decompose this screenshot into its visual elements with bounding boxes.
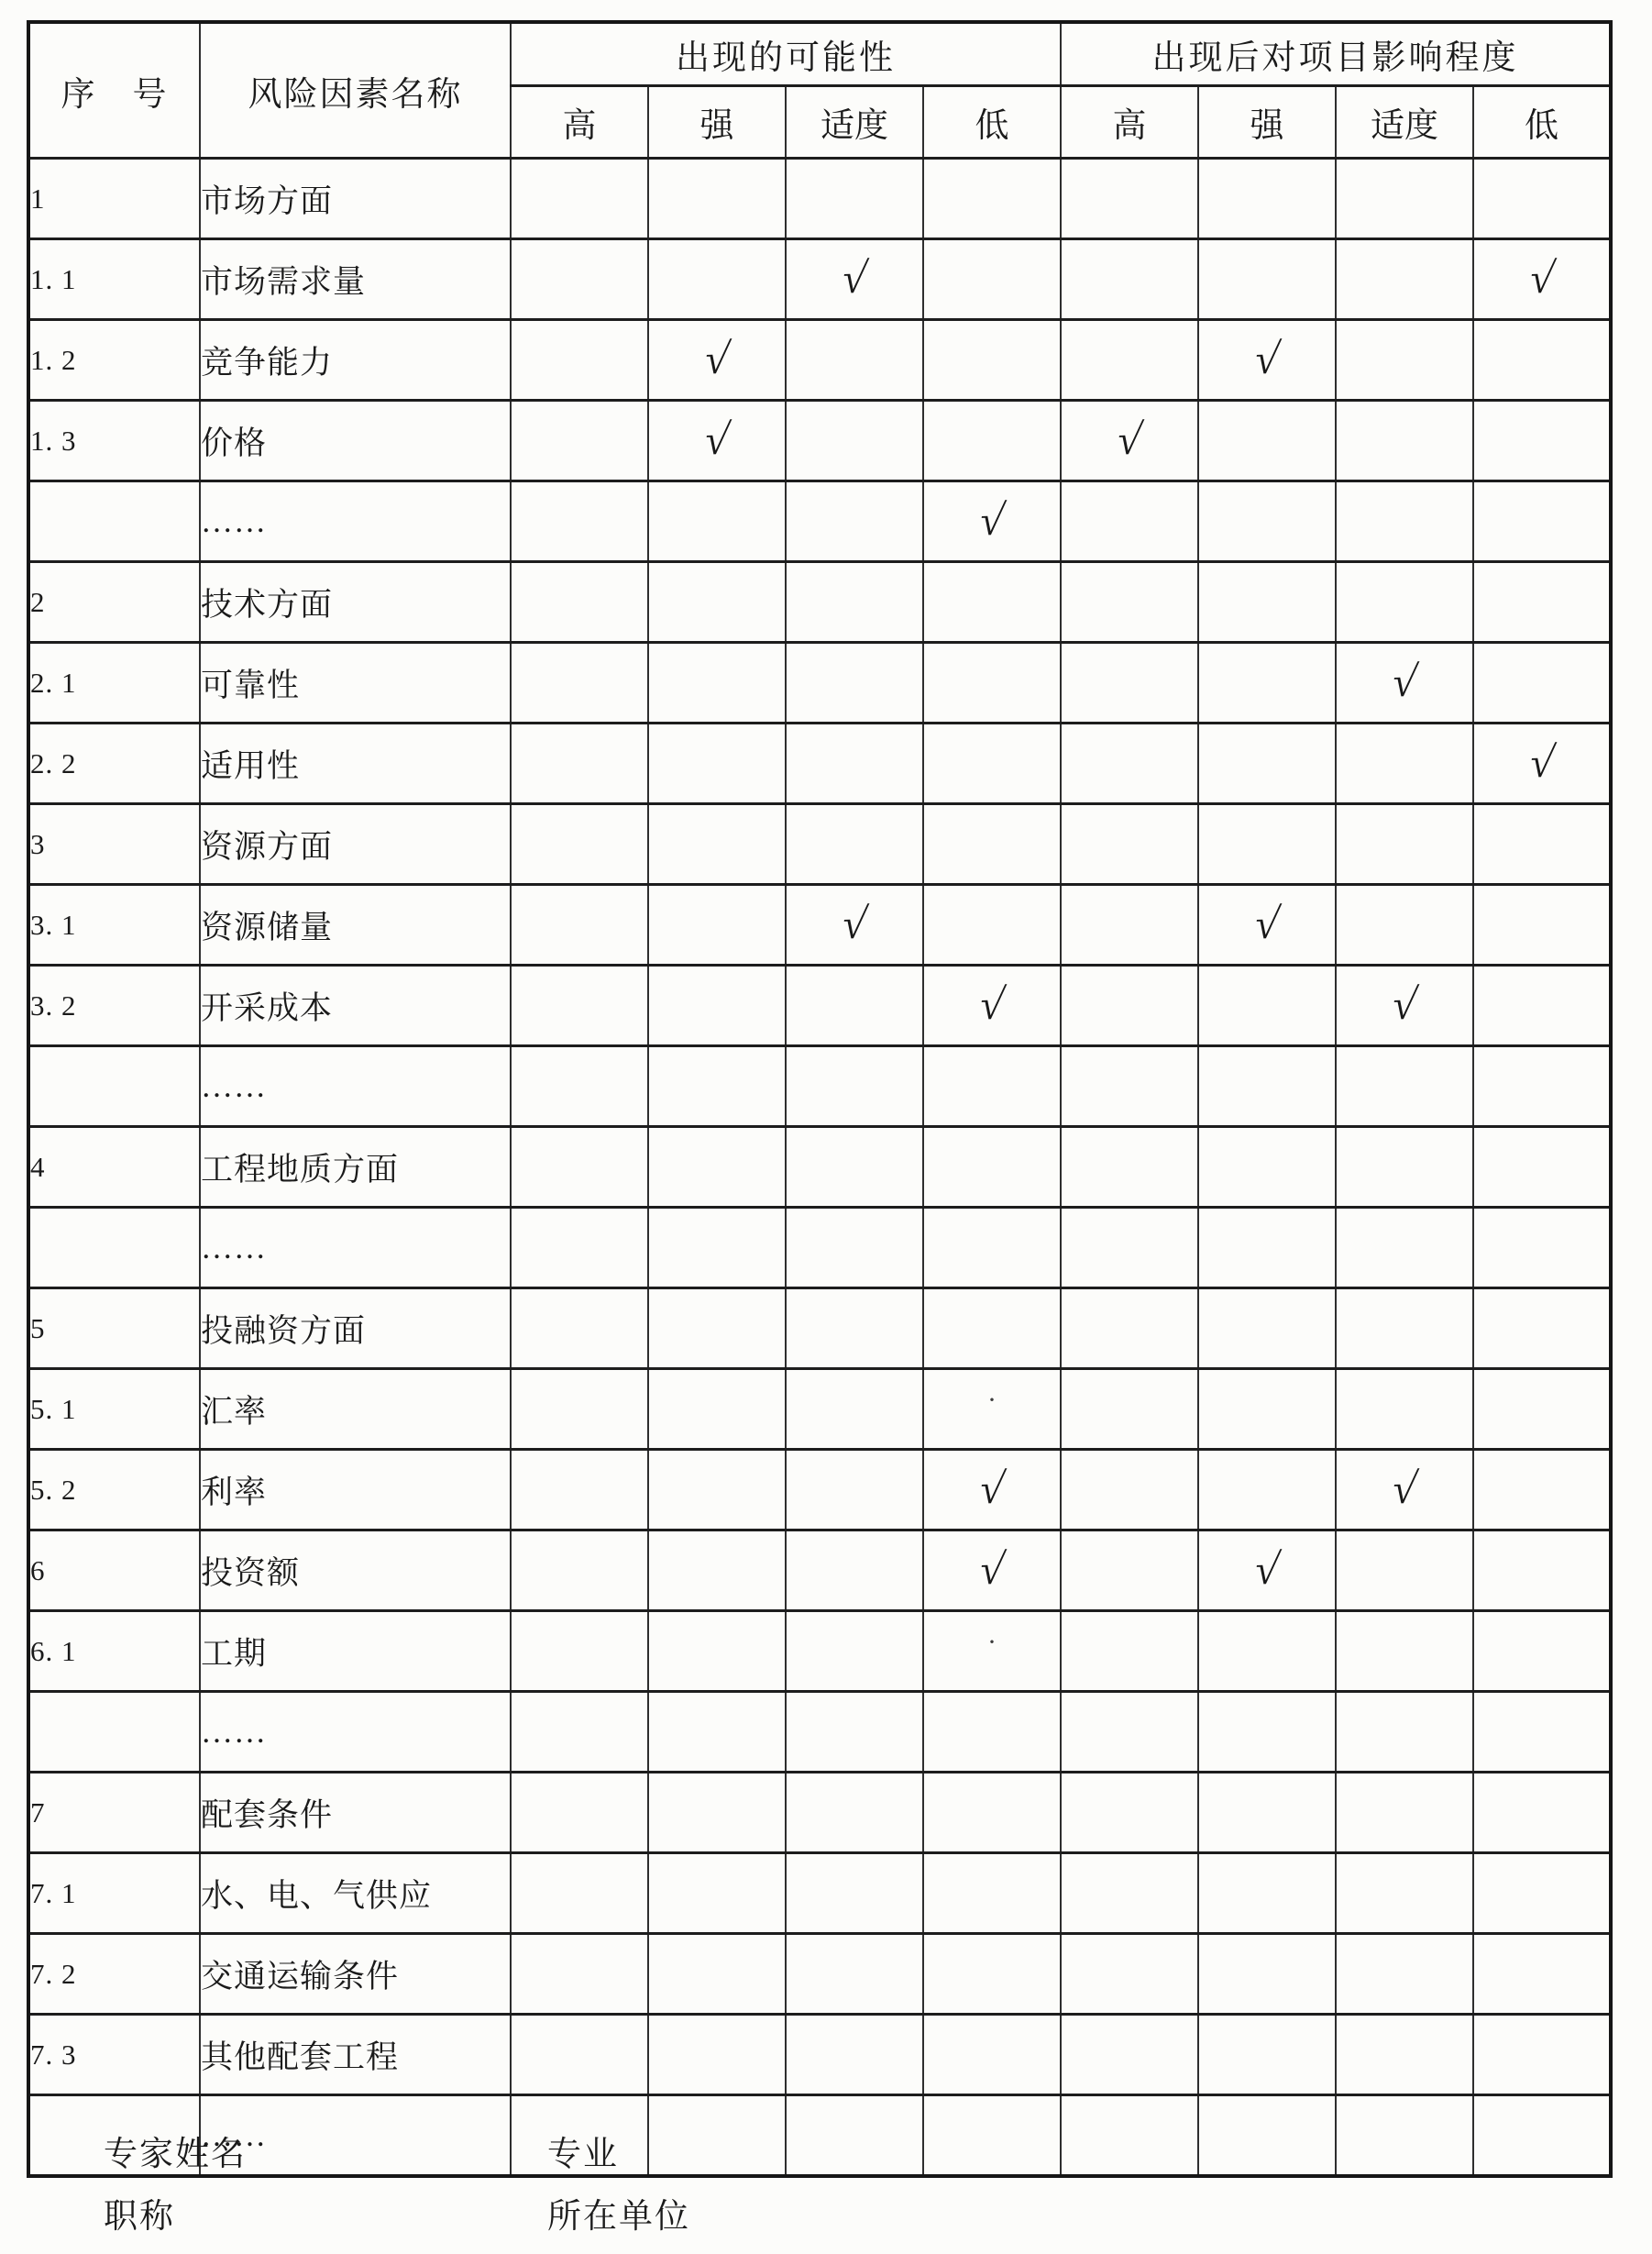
risk-factor-name: 投融资方面	[200, 1288, 511, 1369]
empty-cell	[1198, 562, 1336, 643]
empty-cell	[648, 1692, 786, 1773]
empty-cell	[1198, 2015, 1336, 2095]
header-group-row: 序 号 风险因素名称 出现的可能性 出现后对项目影响程度	[28, 22, 1611, 86]
empty-cell	[1198, 724, 1336, 804]
empty-cell	[1336, 1208, 1473, 1288]
table-row: 3. 1资源储量√√	[28, 885, 1611, 966]
empty-cell	[648, 804, 786, 885]
risk-factor-table: 序 号 风险因素名称 出现的可能性 出现后对项目影响程度 高 强 适度 低 高 …	[27, 20, 1613, 2178]
major-label: 专业	[547, 2126, 619, 2175]
empty-cell	[648, 481, 786, 562]
header-group-impact: 出现后对项目影响程度	[1061, 22, 1611, 86]
empty-cell	[1061, 1288, 1198, 1369]
check-cell: √	[923, 1530, 1061, 1611]
row-serial-number: 3	[28, 804, 200, 885]
table-row: ……	[28, 1046, 1611, 1127]
empty-cell	[511, 885, 648, 966]
check-mark-icon: √	[839, 257, 870, 301]
empty-cell	[648, 1127, 786, 1208]
empty-cell	[1198, 966, 1336, 1046]
check-cell: √	[923, 966, 1061, 1046]
check-cell: √	[1198, 1530, 1336, 1611]
risk-factor-name: 水、电、气供应	[200, 1853, 511, 1934]
empty-cell	[786, 562, 923, 643]
empty-cell	[1198, 1853, 1336, 1934]
table-header: 序 号 风险因素名称 出现的可能性 出现后对项目影响程度 高 强 适度 低 高 …	[28, 22, 1611, 159]
risk-factor-name: ……	[200, 1046, 511, 1127]
table-row: 4工程地质方面	[28, 1127, 1611, 1208]
empty-cell	[1198, 1288, 1336, 1369]
empty-cell	[1473, 401, 1611, 481]
empty-cell	[1198, 481, 1336, 562]
empty-cell	[511, 320, 648, 401]
empty-cell	[511, 401, 648, 481]
empty-cell	[786, 1288, 923, 1369]
empty-cell	[1061, 804, 1198, 885]
empty-cell	[923, 643, 1061, 724]
header-impact-low: 低	[1473, 86, 1611, 159]
empty-cell	[1336, 2015, 1473, 2095]
empty-cell	[648, 1611, 786, 1692]
empty-cell	[1473, 1288, 1611, 1369]
row-serial-number	[28, 1046, 200, 1127]
check-mark-icon: √	[1251, 1548, 1283, 1592]
empty-cell	[1336, 1127, 1473, 1208]
check-cell: √	[1473, 239, 1611, 320]
empty-cell	[1473, 1611, 1611, 1692]
empty-cell	[648, 1208, 786, 1288]
empty-cell	[511, 1288, 648, 1369]
risk-factor-name: 价格	[200, 401, 511, 481]
empty-cell	[511, 1934, 648, 2015]
empty-cell	[923, 2015, 1061, 2095]
row-serial-number	[28, 1208, 200, 1288]
empty-cell	[1061, 643, 1198, 724]
empty-cell	[786, 1450, 923, 1530]
empty-cell	[1336, 1369, 1473, 1450]
footer-line-1: 专家姓名 专业	[0, 2126, 1652, 2166]
risk-factor-name: 汇率	[200, 1369, 511, 1450]
empty-cell	[1061, 481, 1198, 562]
row-serial-number: 6	[28, 1530, 200, 1611]
empty-cell	[1336, 320, 1473, 401]
empty-cell	[786, 966, 923, 1046]
empty-cell	[1473, 804, 1611, 885]
empty-cell	[1061, 562, 1198, 643]
empty-cell	[786, 1046, 923, 1127]
empty-cell	[1061, 1530, 1198, 1611]
table-row: 5. 1汇率·	[28, 1369, 1611, 1450]
empty-cell	[923, 804, 1061, 885]
check-cell: √	[923, 481, 1061, 562]
empty-cell: ·	[923, 1369, 1061, 1450]
empty-cell	[1473, 1692, 1611, 1773]
empty-cell	[1061, 1934, 1198, 2015]
empty-cell	[1336, 1853, 1473, 1934]
empty-cell	[1061, 1369, 1198, 1450]
empty-cell	[786, 1369, 923, 1450]
empty-cell	[648, 1046, 786, 1127]
empty-cell	[1473, 481, 1611, 562]
check-cell: √	[1198, 320, 1336, 401]
empty-cell	[1336, 724, 1473, 804]
risk-factor-name: 利率	[200, 1450, 511, 1530]
row-serial-number: 1	[28, 159, 200, 239]
risk-factor-name: 投资额	[200, 1530, 511, 1611]
empty-cell	[923, 885, 1061, 966]
empty-cell	[1198, 1773, 1336, 1853]
check-cell: √	[648, 320, 786, 401]
empty-cell	[786, 1773, 923, 1853]
empty-cell	[1336, 562, 1473, 643]
empty-cell	[1336, 885, 1473, 966]
empty-cell	[1336, 1692, 1473, 1773]
empty-cell	[511, 562, 648, 643]
risk-factor-name: 可靠性	[200, 643, 511, 724]
empty-cell	[511, 724, 648, 804]
row-serial-number: 2	[28, 562, 200, 643]
check-mark-icon: √	[1526, 741, 1558, 785]
table-row: ……	[28, 1692, 1611, 1773]
risk-factor-name: 市场方面	[200, 159, 511, 239]
empty-cell	[1061, 966, 1198, 1046]
empty-cell	[511, 1450, 648, 1530]
row-serial-number: 1. 3	[28, 401, 200, 481]
check-mark-icon: √	[976, 983, 1008, 1027]
header-possibility-high: 高	[511, 86, 648, 159]
empty-cell	[1061, 1611, 1198, 1692]
empty-cell	[1198, 643, 1336, 724]
header-serial-number: 序 号	[28, 22, 200, 159]
empty-cell	[648, 1530, 786, 1611]
empty-cell	[648, 1450, 786, 1530]
empty-cell	[1061, 724, 1198, 804]
row-serial-number: 2. 2	[28, 724, 200, 804]
check-cell: √	[1061, 401, 1198, 481]
row-serial-number: 5. 1	[28, 1369, 200, 1450]
check-mark-icon: √	[1389, 660, 1420, 704]
empty-cell	[648, 2015, 786, 2095]
empty-cell	[511, 1853, 648, 1934]
empty-cell	[923, 1288, 1061, 1369]
check-mark-icon: √	[976, 1548, 1008, 1592]
empty-cell	[1061, 1127, 1198, 1208]
risk-factor-name: 其他配套工程	[200, 2015, 511, 2095]
empty-cell	[511, 1046, 648, 1127]
empty-cell: ·	[923, 1611, 1061, 1692]
empty-cell	[648, 885, 786, 966]
empty-cell	[1198, 1127, 1336, 1208]
empty-cell	[786, 159, 923, 239]
empty-cell	[1061, 159, 1198, 239]
check-mark-icon: √	[839, 902, 870, 946]
empty-cell	[1061, 1450, 1198, 1530]
empty-cell	[1473, 1530, 1611, 1611]
table-row: 1市场方面	[28, 159, 1611, 239]
check-mark-icon: √	[1251, 902, 1283, 946]
empty-cell	[786, 1692, 923, 1773]
row-serial-number: 3. 1	[28, 885, 200, 966]
table-row: 5投融资方面	[28, 1288, 1611, 1369]
check-mark-icon: √	[1526, 257, 1558, 301]
empty-cell	[1336, 1046, 1473, 1127]
empty-cell	[1061, 1046, 1198, 1127]
table-row: 3. 2开采成本√√	[28, 966, 1611, 1046]
empty-cell	[648, 1288, 786, 1369]
empty-cell	[1061, 320, 1198, 401]
empty-cell	[786, 1853, 923, 1934]
empty-cell	[1198, 1692, 1336, 1773]
header-possibility-low: 低	[923, 86, 1061, 159]
empty-cell	[1473, 1934, 1611, 2015]
empty-cell	[786, 401, 923, 481]
empty-cell	[1336, 804, 1473, 885]
empty-cell	[1473, 643, 1611, 724]
check-cell: √	[648, 401, 786, 481]
table-row: 2. 1可靠性√	[28, 643, 1611, 724]
header-risk-factor-name: 风险因素名称	[200, 22, 511, 159]
empty-cell	[923, 724, 1061, 804]
risk-table-body: 1市场方面1. 1市场需求量√√1. 2竞争能力√√1. 3价格√√……√2技术…	[28, 159, 1611, 2177]
table-row: 1. 1市场需求量√√	[28, 239, 1611, 320]
check-mark-icon: √	[976, 1467, 1008, 1511]
empty-cell	[1061, 1692, 1198, 1773]
empty-cell	[511, 1530, 648, 1611]
empty-cell	[511, 643, 648, 724]
empty-cell	[1061, 1773, 1198, 1853]
empty-cell	[511, 1611, 648, 1692]
empty-cell	[923, 1046, 1061, 1127]
risk-factor-name: 竞争能力	[200, 320, 511, 401]
empty-cell	[923, 159, 1061, 239]
check-mark-icon: √	[976, 499, 1008, 543]
empty-cell	[1061, 1208, 1198, 1288]
check-mark-icon: √	[1251, 337, 1283, 381]
row-serial-number: 1. 2	[28, 320, 200, 401]
empty-cell	[923, 239, 1061, 320]
table-row: 1. 2竞争能力√√	[28, 320, 1611, 401]
empty-cell	[511, 481, 648, 562]
empty-cell	[1473, 885, 1611, 966]
check-cell: √	[923, 1450, 1061, 1530]
risk-factor-name: 资源储量	[200, 885, 511, 966]
empty-cell	[1198, 159, 1336, 239]
empty-cell	[1336, 1288, 1473, 1369]
empty-cell	[511, 1127, 648, 1208]
organization-label: 所在单位	[547, 2188, 690, 2237]
check-mark-icon: √	[701, 418, 732, 462]
header-group-possibility: 出现的可能性	[511, 22, 1061, 86]
risk-factor-name: 配套条件	[200, 1773, 511, 1853]
risk-factor-name: 交通运输条件	[200, 1934, 511, 2015]
row-serial-number	[28, 481, 200, 562]
empty-cell	[786, 643, 923, 724]
check-cell: √	[786, 885, 923, 966]
empty-cell	[923, 1934, 1061, 2015]
table-row: 7. 2交通运输条件	[28, 1934, 1611, 2015]
empty-cell	[1473, 562, 1611, 643]
empty-cell	[1198, 1611, 1336, 1692]
empty-cell	[1061, 1853, 1198, 1934]
empty-cell	[1061, 239, 1198, 320]
header-possibility-moderate: 适度	[786, 86, 923, 159]
header-impact-moderate: 适度	[1336, 86, 1473, 159]
empty-cell	[1473, 1450, 1611, 1530]
check-cell: √	[1473, 724, 1611, 804]
empty-cell	[923, 1692, 1061, 1773]
check-cell: √	[1336, 643, 1473, 724]
check-mark-icon: √	[1389, 1467, 1420, 1511]
row-serial-number: 7	[28, 1773, 200, 1853]
empty-cell	[1198, 1208, 1336, 1288]
empty-cell	[1198, 239, 1336, 320]
table-row: 2技术方面	[28, 562, 1611, 643]
empty-cell	[923, 1853, 1061, 1934]
empty-cell	[786, 1934, 923, 2015]
empty-cell	[786, 1530, 923, 1611]
check-cell: √	[1336, 1450, 1473, 1530]
empty-cell	[1336, 1773, 1473, 1853]
row-serial-number: 6. 1	[28, 1611, 200, 1692]
empty-cell	[923, 1208, 1061, 1288]
empty-cell	[1473, 159, 1611, 239]
table-row: 7. 3其他配套工程	[28, 2015, 1611, 2095]
empty-cell	[923, 401, 1061, 481]
empty-cell	[1473, 1208, 1611, 1288]
row-serial-number: 4	[28, 1127, 200, 1208]
empty-cell	[1336, 401, 1473, 481]
risk-factor-name: 技术方面	[200, 562, 511, 643]
empty-cell	[511, 804, 648, 885]
empty-cell	[786, 1127, 923, 1208]
empty-cell	[648, 1853, 786, 1934]
empty-cell	[1198, 1369, 1336, 1450]
row-serial-number: 5. 2	[28, 1450, 200, 1530]
check-cell: √	[1198, 885, 1336, 966]
empty-cell	[786, 2015, 923, 2095]
empty-cell	[923, 562, 1061, 643]
table-row: 7配套条件	[28, 1773, 1611, 1853]
empty-cell	[1198, 1934, 1336, 2015]
empty-cell	[511, 239, 648, 320]
table-row: 6. 1工期·	[28, 1611, 1611, 1692]
empty-cell	[511, 1208, 648, 1288]
empty-cell	[786, 1611, 923, 1692]
empty-cell	[1198, 1450, 1336, 1530]
check-mark-icon: √	[701, 337, 732, 381]
empty-cell	[1061, 2015, 1198, 2095]
empty-cell	[1473, 320, 1611, 401]
empty-cell	[1336, 1934, 1473, 2015]
table-row: ……	[28, 1208, 1611, 1288]
empty-cell	[648, 643, 786, 724]
header-possibility-strong: 强	[648, 86, 786, 159]
empty-cell	[648, 159, 786, 239]
table-row: 1. 3价格√√	[28, 401, 1611, 481]
expert-name-label: 专家姓名	[104, 2126, 247, 2175]
risk-factor-name: 市场需求量	[200, 239, 511, 320]
empty-cell	[1336, 481, 1473, 562]
empty-cell	[511, 1773, 648, 1853]
table-row: 2. 2适用性√	[28, 724, 1611, 804]
empty-cell	[511, 159, 648, 239]
empty-cell	[1336, 239, 1473, 320]
row-serial-number: 7. 2	[28, 1934, 200, 2015]
table-row: 5. 2利率√√	[28, 1450, 1611, 1530]
empty-cell	[786, 481, 923, 562]
empty-cell	[511, 2015, 648, 2095]
check-cell: √	[786, 239, 923, 320]
empty-cell	[1198, 1046, 1336, 1127]
empty-cell	[1473, 1369, 1611, 1450]
empty-cell	[1473, 1127, 1611, 1208]
header-impact-high: 高	[1061, 86, 1198, 159]
empty-cell	[1061, 885, 1198, 966]
empty-cell	[786, 1208, 923, 1288]
empty-cell	[1198, 401, 1336, 481]
scanned-form-sheet: 序 号 风险因素名称 出现的可能性 出现后对项目影响程度 高 强 适度 低 高 …	[0, 0, 1652, 2254]
table-row: 7. 1水、电、气供应	[28, 1853, 1611, 1934]
table-row: 6投资额√√	[28, 1530, 1611, 1611]
risk-factor-name: ……	[200, 1208, 511, 1288]
table-row: ……√	[28, 481, 1611, 562]
risk-factor-name: 适用性	[200, 724, 511, 804]
empty-cell	[511, 1369, 648, 1450]
empty-cell	[511, 1692, 648, 1773]
empty-cell	[1198, 804, 1336, 885]
empty-cell	[1473, 1773, 1611, 1853]
risk-factor-name: ……	[200, 1692, 511, 1773]
row-serial-number: 5	[28, 1288, 200, 1369]
dot-mark: ·	[987, 1387, 997, 1414]
empty-cell	[648, 239, 786, 320]
empty-cell	[648, 724, 786, 804]
empty-cell	[648, 1773, 786, 1853]
empty-cell	[1336, 1530, 1473, 1611]
check-cell: √	[1336, 966, 1473, 1046]
empty-cell	[923, 320, 1061, 401]
risk-factor-name: ……	[200, 481, 511, 562]
header-impact-strong: 强	[1198, 86, 1336, 159]
row-serial-number: 3. 2	[28, 966, 200, 1046]
empty-cell	[648, 1934, 786, 2015]
check-mark-icon: √	[1389, 983, 1420, 1027]
empty-cell	[1473, 966, 1611, 1046]
job-title-label: 职称	[104, 2188, 175, 2237]
empty-cell	[648, 562, 786, 643]
empty-cell	[786, 320, 923, 401]
risk-factor-name: 工期	[200, 1611, 511, 1692]
row-serial-number	[28, 1692, 200, 1773]
empty-cell	[786, 724, 923, 804]
footer-line-2: 职称 所在单位	[0, 2188, 1652, 2228]
row-serial-number: 1. 1	[28, 239, 200, 320]
empty-cell	[1336, 159, 1473, 239]
empty-cell	[923, 1127, 1061, 1208]
empty-cell	[1473, 1046, 1611, 1127]
risk-factor-name: 开采成本	[200, 966, 511, 1046]
risk-factor-name: 资源方面	[200, 804, 511, 885]
row-serial-number: 7. 1	[28, 1853, 200, 1934]
empty-cell	[1336, 1611, 1473, 1692]
empty-cell	[1473, 2015, 1611, 2095]
empty-cell	[648, 966, 786, 1046]
empty-cell	[648, 1369, 786, 1450]
risk-factor-name: 工程地质方面	[200, 1127, 511, 1208]
empty-cell	[786, 804, 923, 885]
empty-cell	[511, 966, 648, 1046]
row-serial-number: 2. 1	[28, 643, 200, 724]
